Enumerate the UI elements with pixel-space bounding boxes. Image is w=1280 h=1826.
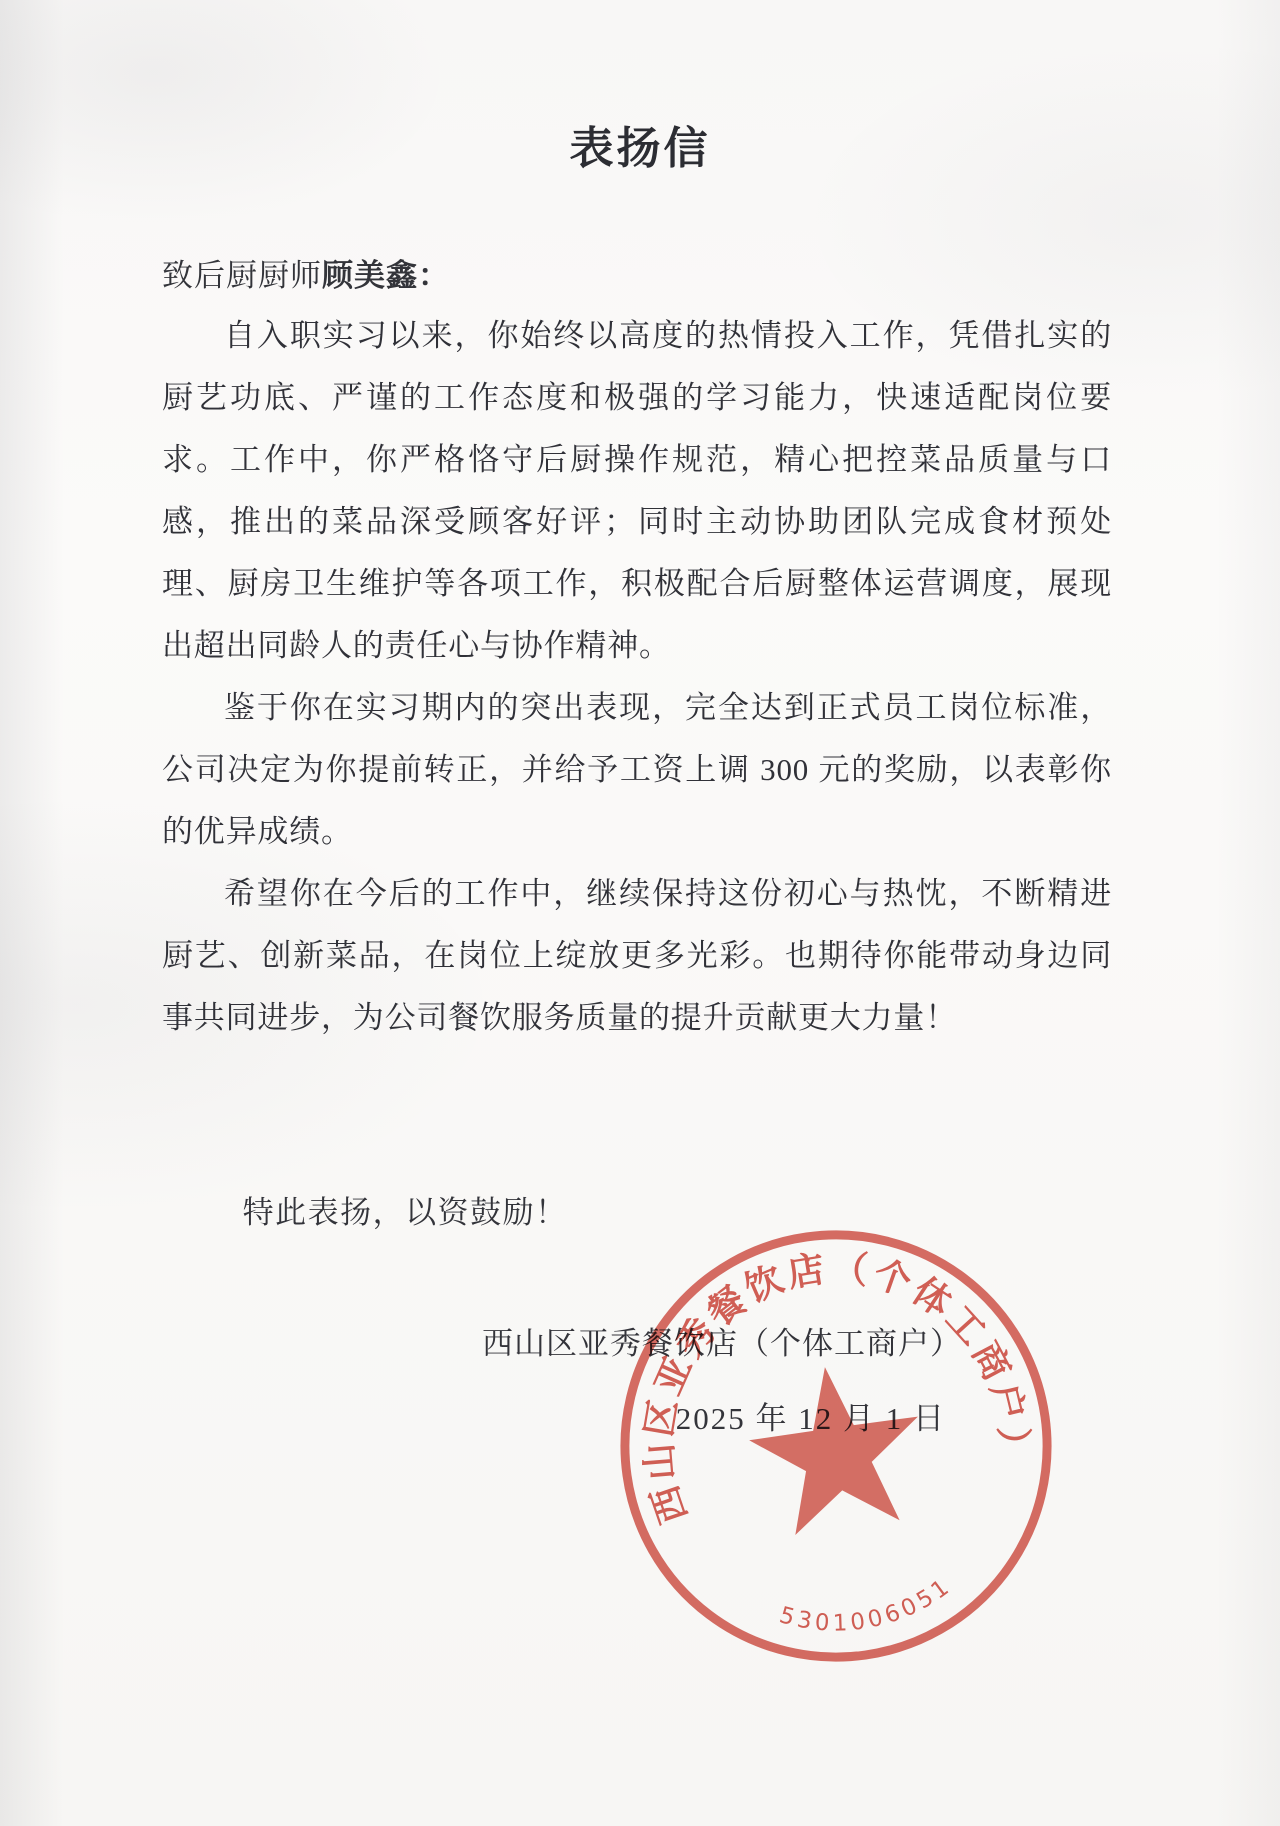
signature-line: 西山区亚秀餐饮店（个体工商户） (0, 1318, 1280, 1363)
letter-body: 自入职实习以来，你始终以高度的热情投入工作，凭借扎实的厨艺功底、严谨的工作态度和… (162, 305, 1112, 1049)
letter-title: 表扬信 (0, 0, 1280, 176)
salutation-line: 致后厨厨师顾美鑫： (162, 250, 1280, 295)
company-seal-graphic: 西山区亚秀餐饮店（个体工商户） 5301006051 (583, 1193, 1089, 1699)
seal-star-icon (741, 1355, 932, 1539)
svg-text:5301006051: 5301006051 (772, 1571, 961, 1647)
paragraph-3: 希望你在今后的工作中，继续保持这份初心与热忱，不断精进厨艺、创新菜品，在岗位上绽… (162, 863, 1112, 1049)
company-seal: 西山区亚秀餐饮店（个体工商户） 5301006051 (583, 1193, 1089, 1699)
salutation-prefix: 致后厨厨师 (162, 258, 322, 293)
paragraph-2: 鉴于你在实习期内的突出表现，完全达到正式员工岗位标准，公司决定为你提前转正，并给… (162, 677, 1112, 863)
closing-line: 特此表扬，以资鼓励！ (162, 1187, 1280, 1232)
commendation-letter-photo: 表扬信 致后厨厨师顾美鑫： 自入职实习以来，你始终以高度的热情投入工作，凭借扎实… (0, 0, 1280, 1826)
paragraph-1: 自入职实习以来，你始终以高度的热情投入工作，凭借扎实的厨艺功底、严谨的工作态度和… (162, 305, 1112, 677)
seal-ring-text: 西山区亚秀餐饮店（个体工商户） (612, 1222, 1040, 1530)
date-line: 2025 年 12 月 1 日 (0, 1393, 1280, 1438)
seal-number: 5301006051 (772, 1571, 961, 1647)
svg-text:西山区亚秀餐饮店（个体工商户）: 西山区亚秀餐饮店（个体工商户） (612, 1222, 1040, 1530)
salutation-colon: ： (418, 258, 450, 293)
seal-ring (598, 1208, 1075, 1685)
recipient-name: 顾美鑫 (322, 258, 418, 293)
